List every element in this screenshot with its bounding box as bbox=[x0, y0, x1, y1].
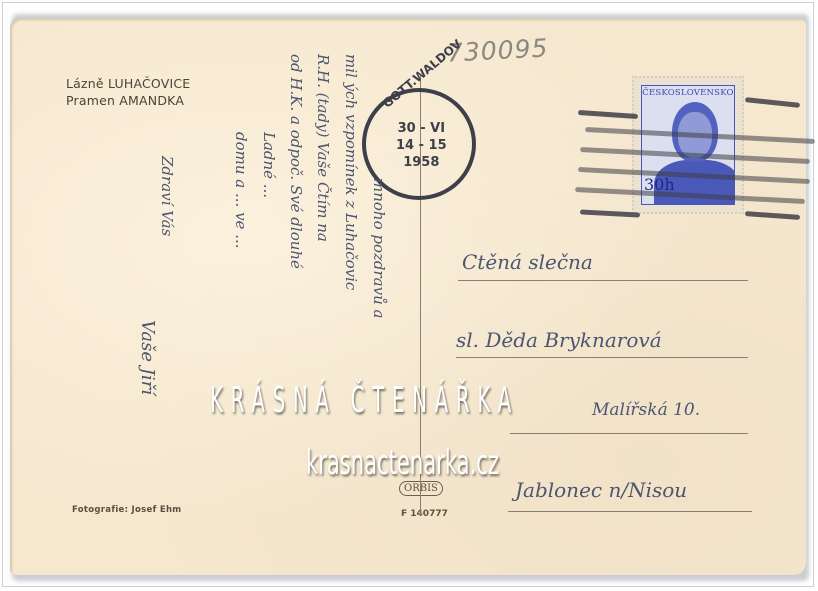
address-name: sl. Děda Bryknarová bbox=[456, 328, 662, 352]
address-line bbox=[458, 280, 748, 281]
message-line: domu a ... ve ... bbox=[232, 132, 250, 249]
message-closing: Zdraví Vás bbox=[158, 156, 176, 236]
address-city: Jablonec n/Nisou bbox=[515, 478, 687, 502]
address-line bbox=[510, 433, 748, 434]
address-salutation: Ctěná slečna bbox=[462, 250, 593, 274]
address-line bbox=[456, 357, 748, 358]
address-line bbox=[508, 511, 752, 512]
postmark-time: 14 - 15 bbox=[396, 137, 447, 154]
stamp-design: ČESKOSLOVENSKO 30h bbox=[641, 85, 735, 205]
message-line: mil ých vzpomínek z Luhačovic bbox=[342, 54, 360, 290]
catalog-number: F 140777 bbox=[401, 509, 448, 519]
postmark-date-block: 30 - VI 14 - 15 1958 bbox=[396, 120, 447, 171]
watermark-brand: KRÁSNÁ ČTENÁŘKA bbox=[210, 380, 519, 421]
message-line: Ladné ... bbox=[260, 132, 278, 198]
message-line: mnoho pozdravů a bbox=[370, 178, 388, 318]
printed-title-spa: Lázně LUHAČOVICE bbox=[66, 76, 190, 91]
printed-title-spring: Pramen AMANDKA bbox=[66, 93, 184, 108]
postmark-date: 30 - VI bbox=[396, 120, 447, 137]
address-street: Malířská 10. bbox=[592, 400, 700, 420]
signature: Vaše Jiří bbox=[137, 320, 158, 395]
handwritten-number: 730095 bbox=[446, 33, 549, 67]
message-line: R.H. (tady) Vaše Čtím na bbox=[314, 54, 332, 242]
photographer-credit: Fotografie: Josef Ehm bbox=[72, 505, 181, 515]
postmark-year: 1958 bbox=[396, 154, 447, 171]
stamp-country: ČESKOSLOVENSKO bbox=[642, 88, 734, 98]
watermark-url: krasnactenarka.cz bbox=[306, 443, 499, 483]
message-line: od H.K. a odpoč. Své dlouhé bbox=[287, 54, 305, 269]
